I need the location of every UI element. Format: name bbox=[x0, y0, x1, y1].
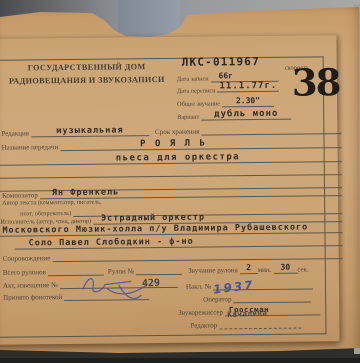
handwritten-scrawl bbox=[79, 271, 189, 304]
invoice-row: Накл. № 1937 bbox=[186, 279, 313, 290]
storage-value-line bbox=[201, 124, 341, 135]
program-subtitle: пьеса для оркестра bbox=[0, 152, 240, 165]
program-title: Р О Я Л Ь bbox=[60, 139, 207, 151]
duration-value: 2.30" bbox=[222, 97, 274, 108]
variant-label: Вариант bbox=[177, 114, 201, 120]
recording-date-label: Дата записи bbox=[177, 76, 211, 83]
roll-duration-label: Звучание рулона bbox=[182, 267, 240, 275]
operator-row: Оператор bbox=[203, 292, 311, 303]
program-label: Название передачи bbox=[2, 144, 61, 152]
edition-label: Редакция bbox=[1, 130, 31, 137]
rolls-total-label: Всего рулонов bbox=[3, 269, 48, 276]
speed-value: 38 bbox=[292, 66, 340, 100]
act-label: Акт, извещение № bbox=[3, 282, 60, 290]
duration-row: Общее звучание 2.30" bbox=[177, 97, 274, 108]
editor-value-line bbox=[219, 319, 301, 330]
editor-label: Редактор bbox=[190, 322, 219, 329]
roll-seconds-value: 30 bbox=[273, 264, 297, 274]
storage-label: Срок хранения bbox=[149, 129, 202, 137]
roll-minutes-value: 2 bbox=[240, 264, 258, 274]
copy-date-label: Дата переписи bbox=[177, 88, 218, 95]
sound-engineer-row: Звукорежиссер ГроссманКачалина bbox=[178, 305, 320, 316]
phonoteka-label: Принято фонотекой bbox=[3, 294, 64, 302]
copy-date-row: Дата переписи 11.1.77г. bbox=[177, 84, 280, 95]
copy-date-value: 11.1.77г. bbox=[217, 82, 279, 93]
accompaniment-label: Сопровождение bbox=[3, 255, 53, 263]
scan-background-tab bbox=[118, 0, 180, 36]
variant-row: Вариант дубль моно bbox=[177, 110, 291, 121]
invoice-label: Накл. № bbox=[186, 283, 213, 290]
record-card: ГОСУДАРСТВЕННЫЙ ДОМ РАДИОВЕЩАНИЯ И ЗВУКО… bbox=[0, 35, 340, 345]
sound-engineer-line: ГроссманКачалина bbox=[225, 305, 320, 316]
scan-edge-bottom bbox=[0, 358, 360, 363]
sound-engineer-label: Звукорежиссер bbox=[178, 309, 225, 316]
roll-seconds-unit: сек. bbox=[297, 266, 311, 273]
roll-minutes-unit: мин. bbox=[258, 267, 274, 274]
catalog-number: ЛКС-011967 bbox=[182, 55, 260, 69]
editor-row: Редактор bbox=[190, 319, 301, 330]
scanned-archive-card: ГОСУДАРСТВЕННЫЙ ДОМ РАДИОВЕЩАНИЯ И ЗВУКО… bbox=[0, 0, 360, 363]
operator-value-line bbox=[233, 292, 311, 303]
organization-line2: РАДИОВЕЩАНИЯ И ЗВУКОЗАПИСИ bbox=[3, 74, 171, 88]
edition-value: музыкальная bbox=[31, 126, 149, 137]
variant-value: дубль моно bbox=[201, 110, 291, 121]
organization-name: ГОСУДАРСТВЕННЫЙ ДОМ РАДИОВЕЩАНИЯ И ЗВУКО… bbox=[3, 61, 171, 88]
operator-label: Оператор bbox=[203, 296, 233, 303]
duration-label: Общее звучание bbox=[177, 101, 222, 108]
invoice-line: 1937 bbox=[213, 279, 313, 290]
